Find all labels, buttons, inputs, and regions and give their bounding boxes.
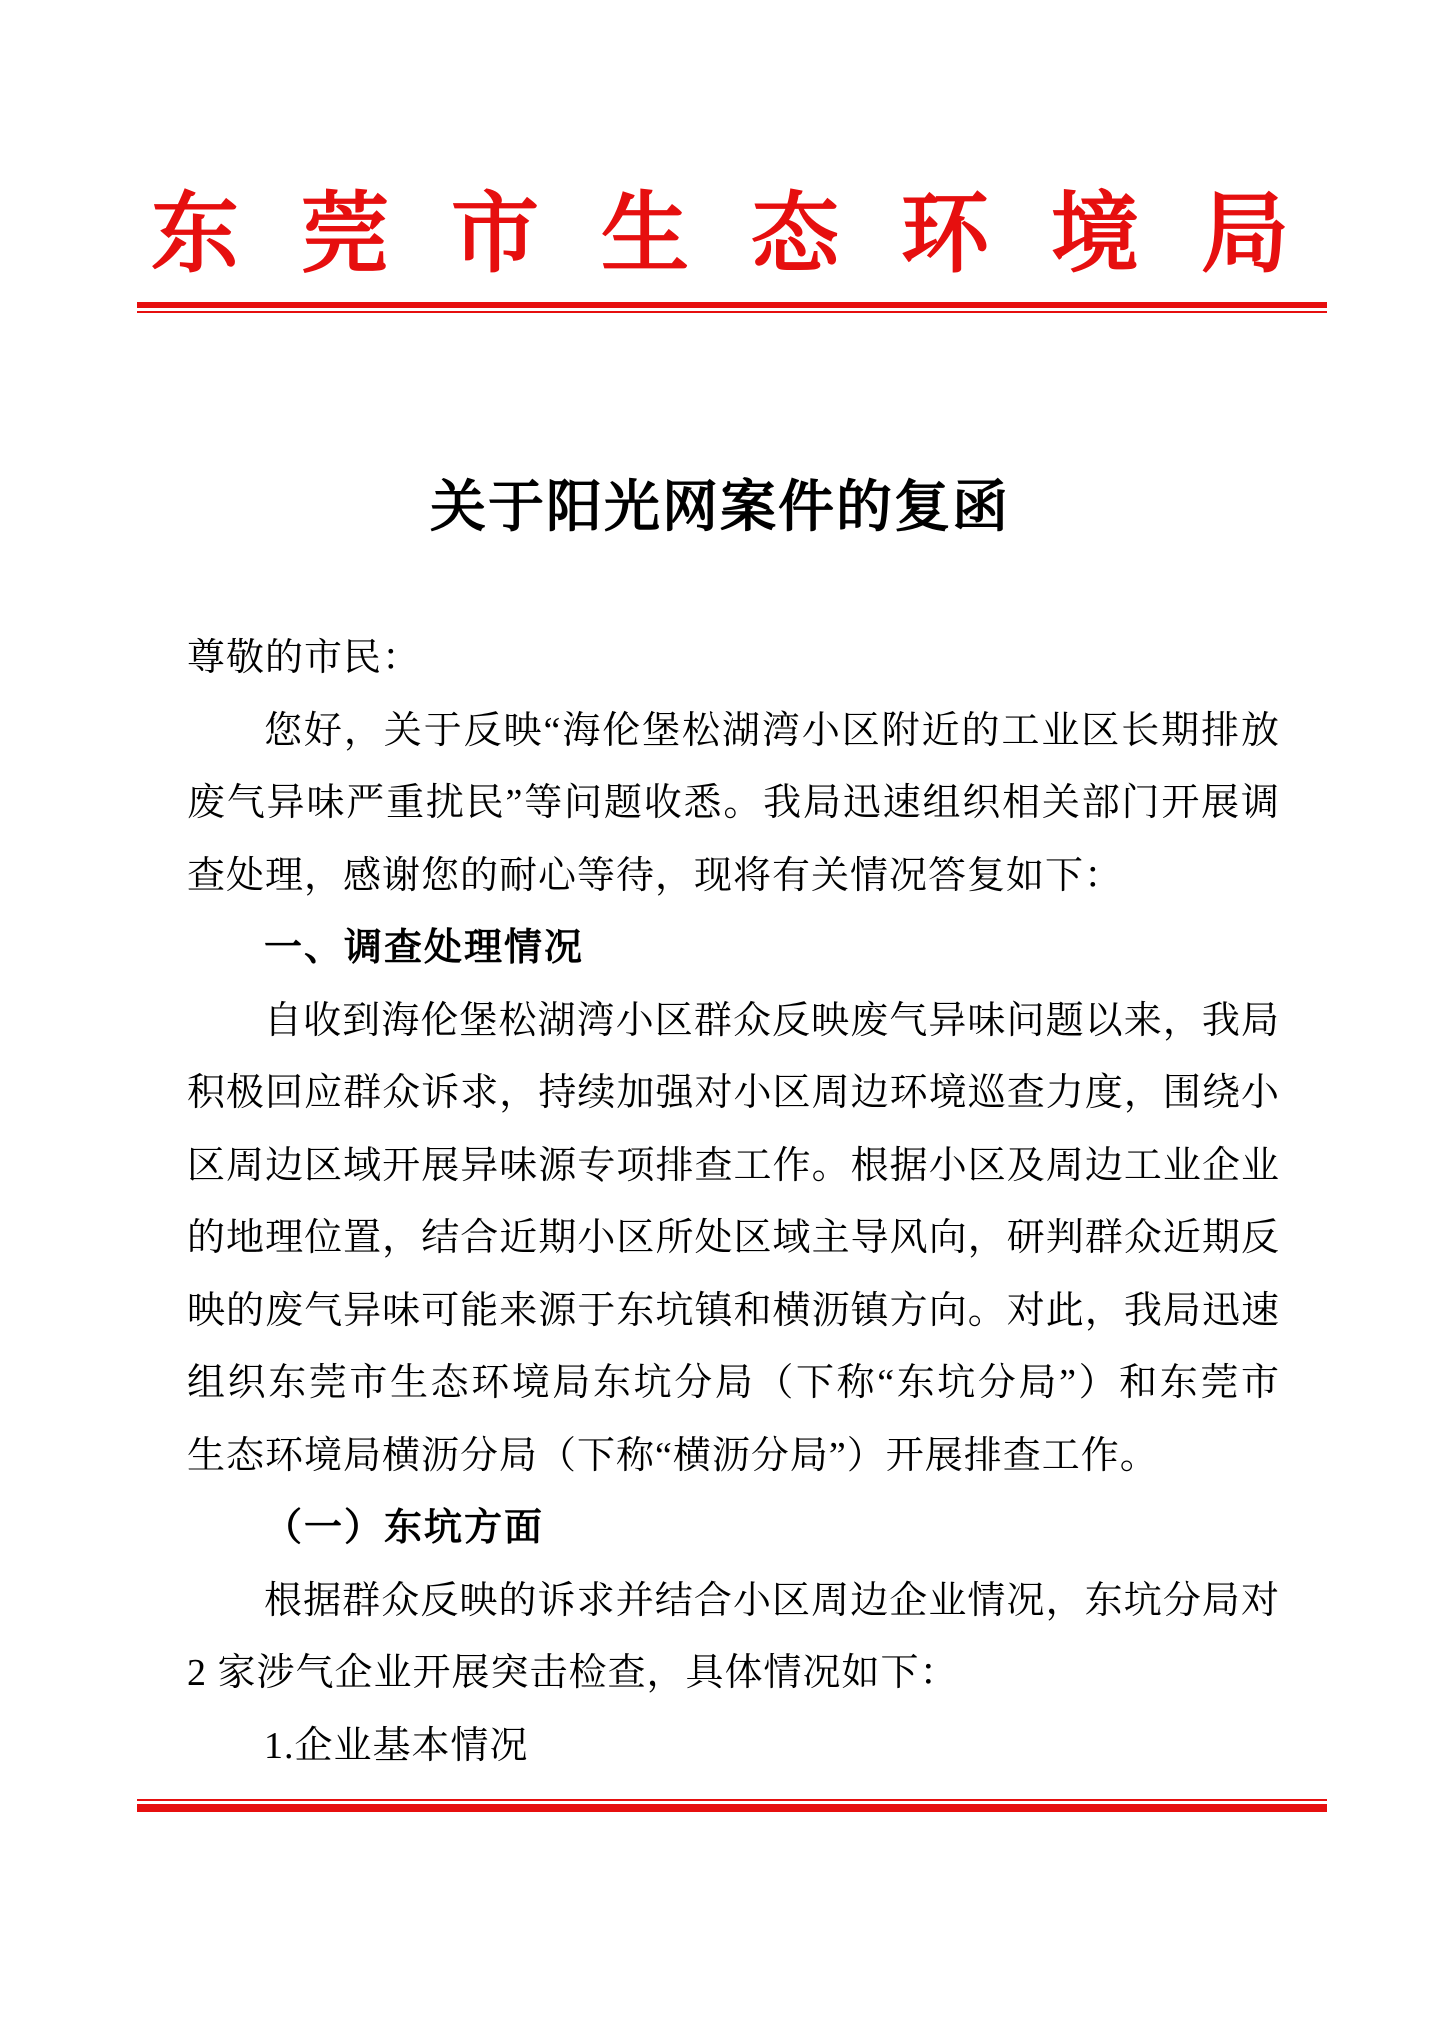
text-line: 生态环境局横沥分局（下称“横沥分局”）开展排查工作。 [187,1420,1280,1493]
text-line: 2 家涉气企业开展突击检查，具体情况如下： [187,1637,1280,1710]
text-line: 尊敬的市民： [187,622,1280,695]
text-line: 的地理位置，结合近期小区所处区域主导风向，研判群众近期反 [187,1202,1280,1275]
document-body: 尊敬的市民：您好，关于反映“海伦堡松湖湾小区附近的工业区长期排放废气异味严重扰民… [187,622,1280,1782]
agency-name: 东莞市生态环境局 [151,186,1351,286]
official-letter-page: 东莞市生态环境局 关于阳光网案件的复函 尊敬的市民：您好，关于反映“海伦堡松湖湾… [0,0,1440,2037]
footer-double-rule [137,1799,1327,1812]
text-line: 1.企业基本情况 [187,1710,1280,1783]
text-line: （一）东坑方面 [187,1492,1280,1565]
text-line: 一、调查处理情况 [187,912,1280,985]
text-line: 您好，关于反映“海伦堡松湖湾小区附近的工业区长期排放 [187,695,1280,768]
text-line: 积极回应群众诉求，持续加强对小区周边环境巡查力度，围绕小 [187,1057,1280,1130]
text-line: 自收到海伦堡松湖湾小区群众反映废气异味问题以来，我局 [187,985,1280,1058]
header-double-rule [137,302,1327,313]
header-rule-thin-line [137,311,1327,313]
text-line: 废气异味严重扰民”等问题收悉。我局迅速组织相关部门开展调 [187,767,1280,840]
text-line: 区周边区域开展异味源专项排查工作。根据小区及周边工业企业 [187,1130,1280,1203]
footer-rule-thick-line [137,1804,1327,1812]
text-line: 映的废气异味可能来源于东坑镇和横沥镇方向。对此，我局迅速 [187,1275,1280,1348]
document-title: 关于阳光网案件的复函 [0,477,1440,539]
masthead: 东莞市生态环境局 [0,186,1440,286]
text-line: 组织东莞市生态环境局东坑分局（下称“东坑分局”）和东莞市 [187,1347,1280,1420]
text-line: 查处理，感谢您的耐心等待，现将有关情况答复如下： [187,840,1280,913]
text-line: 根据群众反映的诉求并结合小区周边企业情况，东坑分局对 [187,1565,1280,1638]
